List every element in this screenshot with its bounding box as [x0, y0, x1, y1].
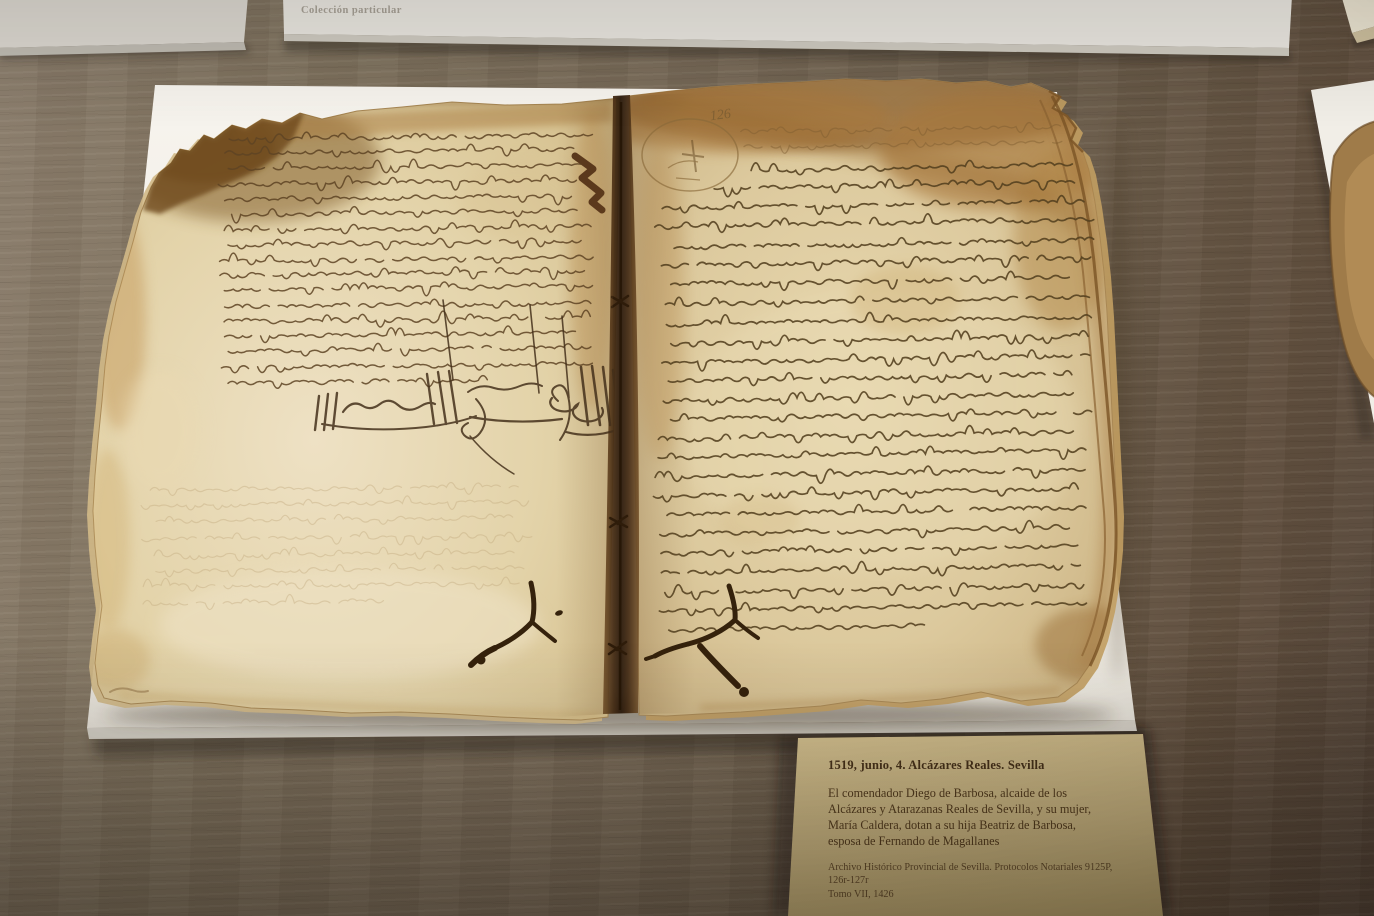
label-source-line: 126r-127r	[828, 874, 1144, 887]
label-card-title: 1519, junio, 4. Alcázares Reales. Sevill…	[828, 758, 1144, 773]
display-scene	[0, 0, 1374, 916]
corner-card	[1342, 0, 1374, 48]
exhibit-label-card: 1519, junio, 4. Alcázares Reales. Sevill…	[786, 732, 1170, 916]
label-body-line: María Caldera, dotan a su hija Beatriz d…	[828, 817, 1144, 833]
museum-display-photo: Colección particular 126 1519, junio, 4.…	[0, 0, 1374, 916]
label-body-line: El comendador Diego de Barbosa, alcaide …	[828, 785, 1144, 801]
label-card-body: El comendador Diego de Barbosa, alcaide …	[828, 785, 1144, 849]
top-center-card	[283, 0, 1292, 62]
label-source-line: Tomo VII, 1426	[828, 888, 1144, 901]
label-body-line: Alcázares y Atarazanas Reales de Sevilla…	[828, 801, 1144, 817]
label-card-source: Archivo Histórico Provincial de Sevilla.…	[828, 861, 1144, 901]
folio-number: 126	[709, 107, 732, 125]
label-body-line: esposa de Fernando de Magallanes	[828, 833, 1144, 849]
top-left-card	[0, 0, 250, 60]
label-source-line: Archivo Histórico Provincial de Sevilla.…	[828, 861, 1144, 874]
adjacent-display-sliver	[1306, 80, 1374, 440]
top-card-label: Colección particular	[301, 5, 402, 16]
